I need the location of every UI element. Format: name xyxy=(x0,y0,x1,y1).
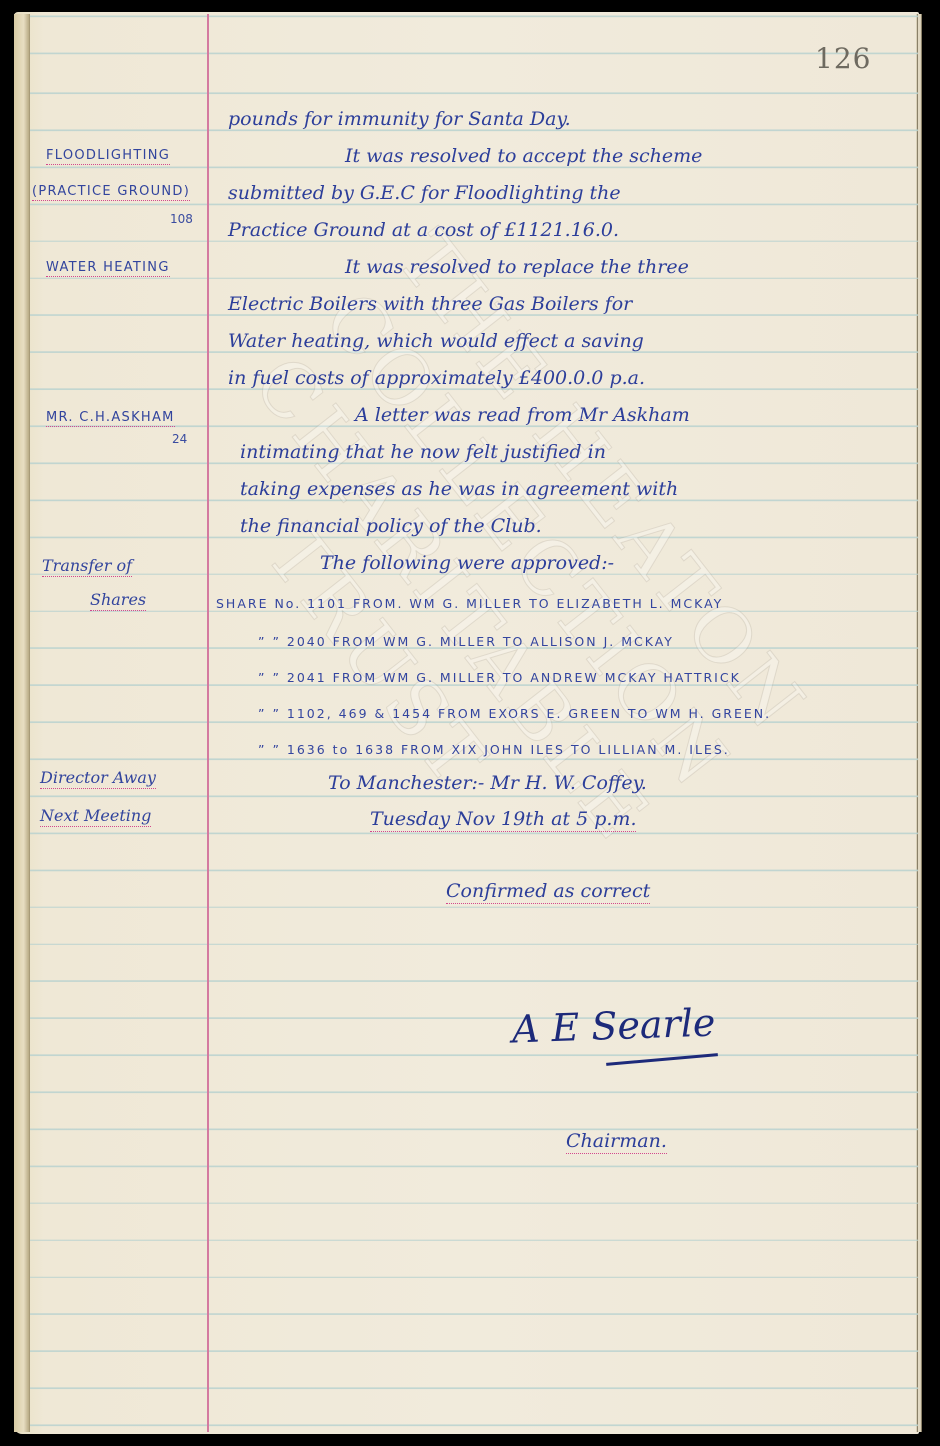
body-line: taking expenses as he was in agreement w… xyxy=(240,478,678,500)
body-line: It was resolved to replace the three xyxy=(345,256,689,278)
share-transfer-row: ” ” 1636 to 1638 FROM XIX JOHN ILES TO L… xyxy=(258,742,730,757)
margin-note-shares: Shares xyxy=(90,590,146,611)
approved-heading: The following were approved:- xyxy=(320,552,614,574)
ref-number-24: 24 xyxy=(172,432,187,446)
body-line: submitted by G.E.C for Floodlighting the xyxy=(228,182,621,204)
ruled-lines xyxy=(30,0,918,1446)
page-number: 126 xyxy=(815,42,871,75)
margin-note-practice-ground: (PRACTICE GROUND) xyxy=(32,184,190,201)
body-line: in fuel costs of approximately £400.0.0 … xyxy=(228,367,645,389)
share-transfer-row: ” ” 2041 FROM WM G. MILLER TO ANDREW MCK… xyxy=(258,670,741,685)
margin-note-next-meeting: Next Meeting xyxy=(40,806,151,827)
body-line: Electric Boilers with three Gas Boilers … xyxy=(228,293,632,315)
chairman-signature: A E Searle xyxy=(511,1000,716,1051)
body-line: intimating that he now felt justified in xyxy=(240,441,606,463)
body-line: It was resolved to accept the scheme xyxy=(345,145,702,167)
body-line: the financial policy of the Club. xyxy=(240,515,542,537)
next-meeting-text: Tuesday Nov 19th at 5 p.m. xyxy=(370,808,636,832)
margin-note-floodlighting: FLOODLIGHTING xyxy=(46,148,170,165)
margin-note-transfer-of: Transfer of xyxy=(42,556,132,577)
ref-number-108: 108 xyxy=(170,212,193,226)
director-away-text: To Manchester:- Mr H. W. Coffey. xyxy=(328,772,647,794)
body-line: A letter was read from Mr Askham xyxy=(355,404,690,426)
body-line: Practice Ground at a cost of £1121.16.0. xyxy=(228,219,619,241)
chairman-title: Chairman. xyxy=(566,1130,667,1154)
confirmation-text: Confirmed as correct xyxy=(446,880,650,904)
margin-note-director-away: Director Away xyxy=(40,768,156,789)
share-transfer-row: SHARE No. 1101 FROM. WM G. MILLER TO ELI… xyxy=(216,596,723,611)
body-line: Water heating, which would effect a savi… xyxy=(228,330,644,352)
margin-note-mr-askham: MR. C.H.ASKHAM xyxy=(46,410,175,427)
share-transfer-row: ” ” 1102, 469 & 1454 FROM EXORS E. GREEN… xyxy=(258,706,771,721)
margin-rule xyxy=(207,14,209,1432)
share-transfer-row: ” ” 2040 FROM WM G. MILLER TO ALLISON J.… xyxy=(258,634,674,649)
margin-note-water-heating: WATER HEATING xyxy=(46,260,170,277)
body-line: pounds for immunity for Santa Day. xyxy=(228,108,571,130)
page-spine-fold xyxy=(14,14,30,1432)
